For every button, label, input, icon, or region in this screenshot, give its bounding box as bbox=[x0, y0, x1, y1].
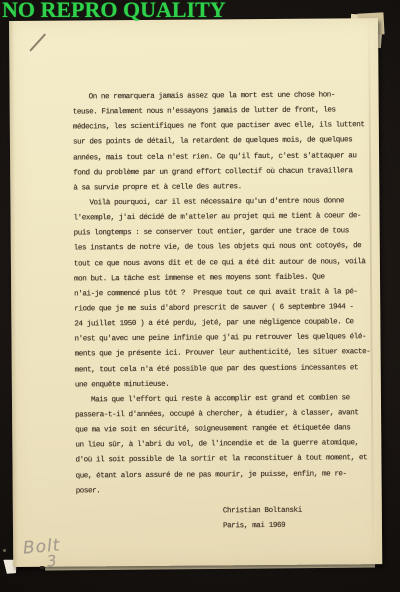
typed-line: ment, tout cela n'a été possible que par… bbox=[75, 361, 377, 379]
paper-edge-shadow bbox=[9, 21, 18, 567]
typed-line: que, étant alors assuré de ne pas mourir… bbox=[76, 467, 378, 485]
signature-name: Christian Boltanski bbox=[223, 504, 302, 520]
typed-line: sur des points de détail, la retardent d… bbox=[73, 134, 375, 152]
typed-line: tout ce que nous avons dit et de ce qui … bbox=[74, 255, 376, 273]
signature-place-date: Paris, mai 1969 bbox=[223, 519, 302, 535]
scan-background: NO REPRO QUALITY On ne remarquera jamais… bbox=[0, 0, 400, 592]
typed-line: fond du problème par un grand effort col… bbox=[73, 164, 375, 182]
typewritten-page: On ne remarquera jamais assez que la mor… bbox=[9, 18, 382, 567]
paper-speck bbox=[3, 549, 6, 552]
paper-speck bbox=[40, 566, 44, 569]
typed-text: On ne remarquera jamais assez que la mor… bbox=[73, 88, 378, 499]
typed-line: les instants de notre vie, de tous les o… bbox=[74, 240, 376, 258]
typed-line: ments que je présente ici. Prouver leur … bbox=[75, 346, 377, 364]
handwritten-number: 3 bbox=[46, 551, 58, 570]
typed-line: d'où il soit possible de la sortir et la… bbox=[75, 451, 377, 469]
signature-block: Christian Boltanski Paris, mai 1969 bbox=[223, 504, 302, 535]
typed-line: poser. bbox=[76, 482, 378, 500]
no-repro-quality-watermark: NO REPRO QUALITY bbox=[2, 0, 226, 23]
